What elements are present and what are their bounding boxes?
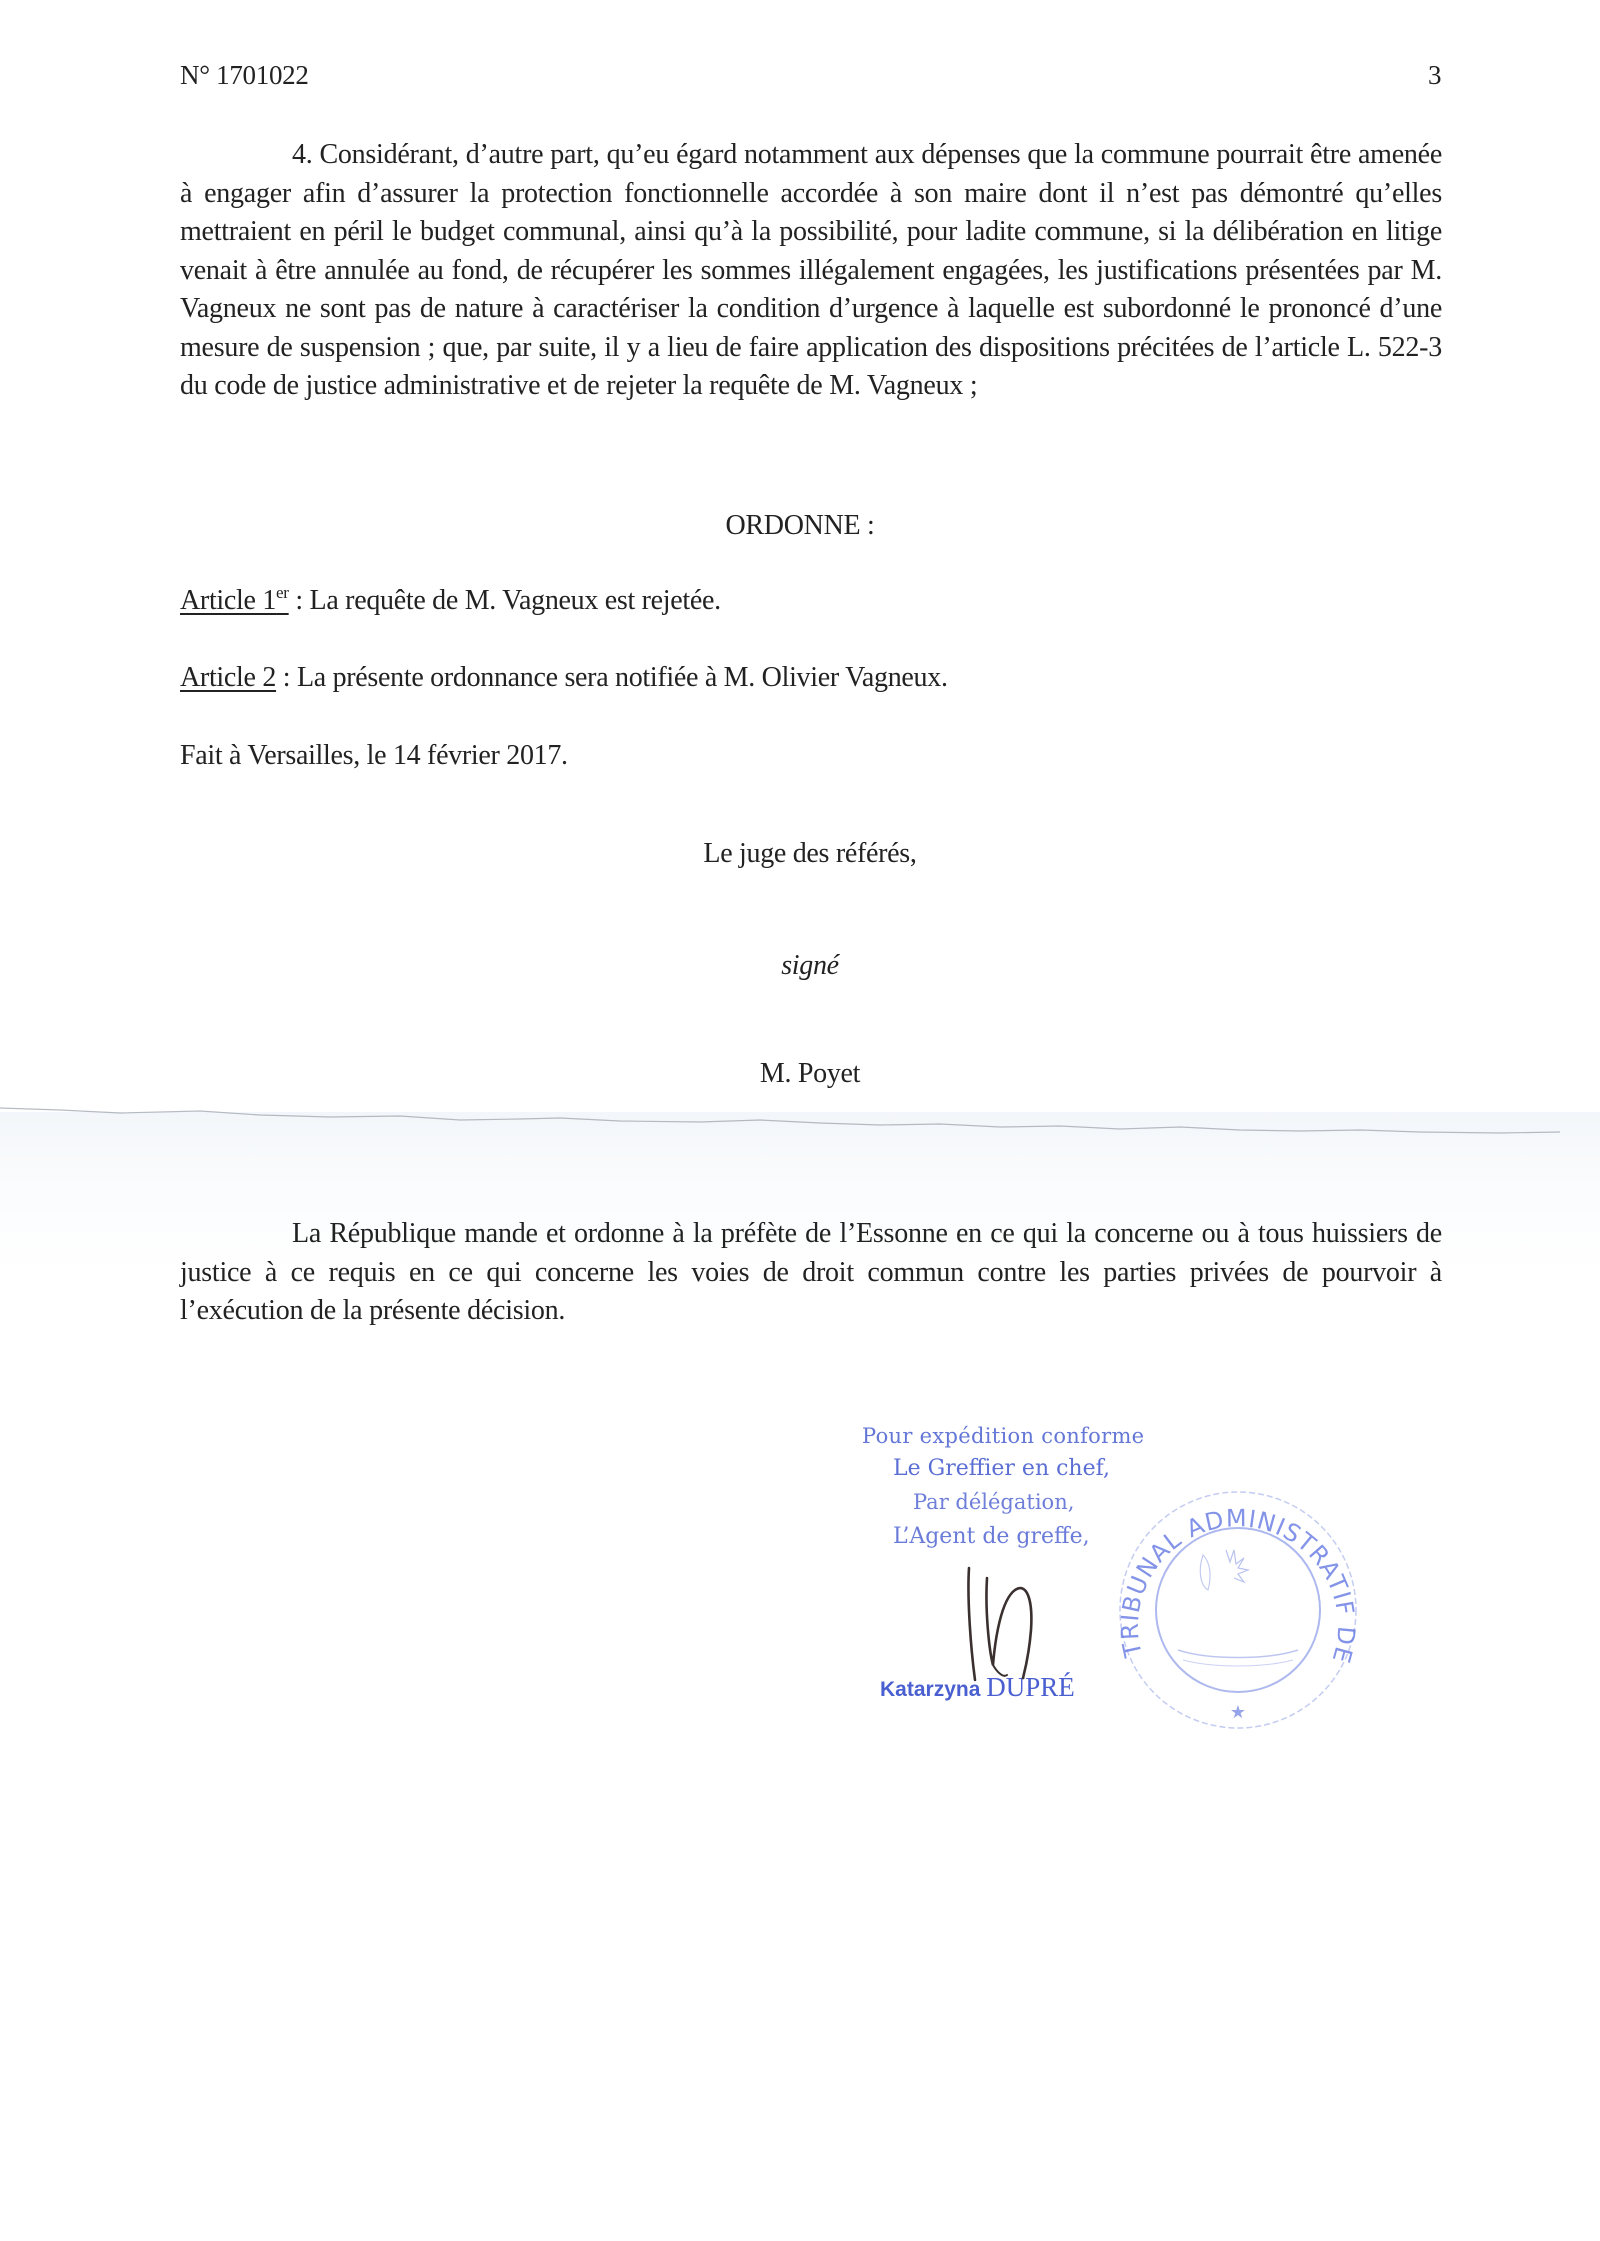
stamp-line-1: Pour expédition conforme <box>862 1424 1144 1448</box>
article-1-label: Article 1er <box>180 585 289 616</box>
executory-formula-text: La République mande et ordonne à la préf… <box>180 1218 1442 1326</box>
article-2-label: Article 2 <box>180 662 276 693</box>
place-and-date: Fait à Versailles, le 14 février 2017. <box>180 740 568 772</box>
ordonne-heading: ORDONNE : <box>0 510 1600 542</box>
signed-mention: signé <box>10 950 1600 982</box>
article-1: Article 1er : La requête de M. Vagneux e… <box>180 585 721 617</box>
document-page: N° 1701022 3 4. Considérant, d’autre par… <box>0 0 1600 2241</box>
executory-formula: La République mande et ordonne à la préf… <box>180 1215 1442 1331</box>
svg-text:★: ★ <box>1230 1702 1246 1722</box>
stamp-line-2: Le Greffier en chef, <box>893 1456 1110 1481</box>
stamp-line-3: Par délégation, <box>913 1490 1074 1514</box>
judge-name: M. Poyet <box>10 1058 1600 1090</box>
paper-fold-line <box>0 1105 1600 1135</box>
court-seal-icon: TRIBUNAL ADMINISTRATIF DE VERSAILLES ★ <box>1108 1480 1368 1740</box>
article-1-text: La requête de M. Vagneux est rejetée. <box>310 585 721 616</box>
case-number: N° 1701022 <box>180 60 309 91</box>
handwritten-signature-icon <box>945 1560 1085 1710</box>
article-2-text: La présente ordonnance sera notifiée à M… <box>297 662 948 693</box>
paragraph-4: 4. Considérant, d’autre part, qu’eu égar… <box>180 136 1442 406</box>
article-2: Article 2 : La présente ordonnance sera … <box>180 662 948 694</box>
page-number: 3 <box>1428 60 1442 91</box>
judge-title: Le juge des référés, <box>10 838 1600 870</box>
stamp-line-4: L’Agent de greffe, <box>893 1524 1090 1549</box>
paragraph-4-text: 4. Considérant, d’autre part, qu’eu égar… <box>180 139 1442 401</box>
